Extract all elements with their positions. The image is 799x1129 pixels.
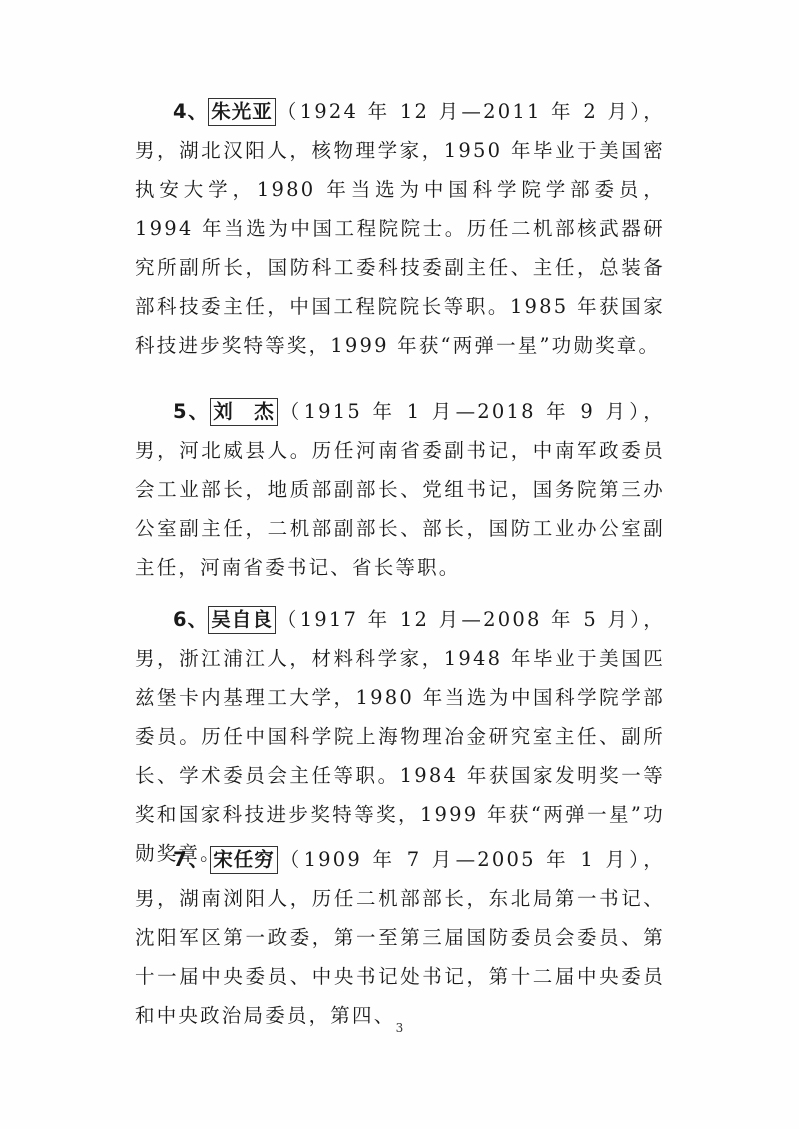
entry-paragraph: 7、宋任穷（1909 年 7 月—2005 年 1 月），男，湖南浏阳人，历任二… (135, 840, 665, 1035)
document-page: 4、朱光亚（1924 年 12 月—2011 年 2 月），男，湖北汉阳人，核物… (0, 0, 799, 1129)
entry-number: 6、 (173, 608, 208, 631)
person-name-box: 刘 杰 (210, 398, 278, 426)
entry-text: （1909 年 7 月—2005 年 1 月），男，湖南浏阳人，历任二机部部长，… (135, 848, 665, 1027)
entry-text: （1924 年 12 月—2011 年 2 月），男，湖北汉阳人，核物理学家，1… (135, 100, 665, 357)
entry-paragraph: 6、吴自良（1917 年 12 月—2008 年 5 月），男，浙江浦江人，材料… (135, 600, 665, 873)
entry-number: 7、 (173, 848, 210, 871)
person-name-box: 朱光亚 (208, 98, 276, 126)
entry-paragraph: 5、刘 杰（1915 年 1 月—2018 年 9 月），男，河北威县人。历任河… (135, 392, 665, 587)
entry-number: 5、 (173, 400, 210, 423)
person-name-box: 宋任穷 (210, 846, 278, 874)
person-name-box: 吴自良 (208, 606, 276, 634)
entry-number: 4、 (173, 100, 208, 123)
entry-paragraph: 4、朱光亚（1924 年 12 月—2011 年 2 月），男，湖北汉阳人，核物… (135, 92, 665, 365)
entry-text: （1917 年 12 月—2008 年 5 月），男，浙江浦江人，材料科学家，1… (135, 608, 665, 865)
page-number: 3 (0, 1021, 799, 1035)
entry-text: （1915 年 1 月—2018 年 9 月），男，河北威县人。历任河南省委副书… (135, 400, 665, 579)
